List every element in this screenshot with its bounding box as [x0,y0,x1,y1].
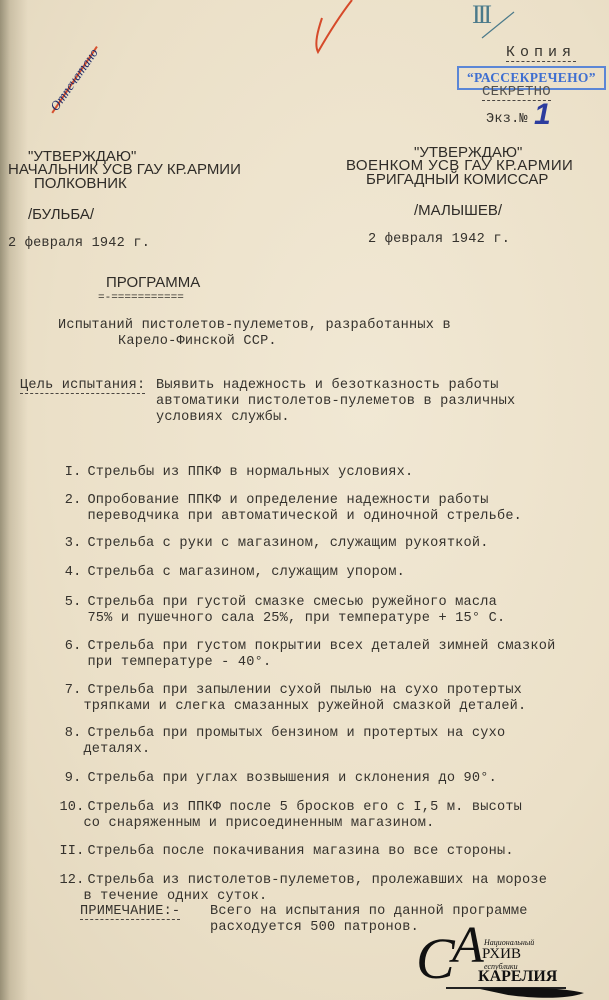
approval-right-name: /МАЛЫШЕВ/ [414,202,502,219]
approval-left-rank: ПОЛКОВНИК [34,175,127,192]
logo-initial-a: А [452,920,484,972]
copy-number-value: 1 [534,98,551,132]
subtitle-line-2: Карело-Финской ССР. [118,334,277,349]
logo-initial-c: С [416,930,455,988]
logo-line-big-1: РХИВ [482,946,521,963]
margin-signature: Отпечатано [47,45,102,114]
red-checkmark-icon [312,0,356,56]
copy-number-label: Экз.№ [486,112,528,127]
logo-line-big-2: КАРЕЛИЯ [478,968,557,986]
goal-label: Цель испытания: [20,378,145,394]
goal-line-2: автоматики пистолетов-пулеметов в различ… [156,394,515,409]
approval-left-date: 2 февраля 1942 г. [8,236,150,251]
note-line-2: расходуется 500 патронов. [210,920,419,935]
title-underline: =-=========== [98,292,184,304]
approval-left-name: /БУЛЬБА/ [28,206,94,223]
pencil-stroke-icon [480,10,516,40]
goal-line-3: условиях службы. [156,410,290,425]
approval-right-date: 2 февраля 1942 г. [368,232,510,247]
document-title: ПРОГРАММА [106,274,200,291]
subtitle-line-1: Испытаний пистолетов-пулеметов, разработ… [58,318,451,333]
copy-label: Копия [506,44,576,62]
goal-line-1: Выявить надежность и безотказность работ… [156,378,499,393]
approval-right-rank: БРИГАДНЫЙ КОМИССАР [366,171,548,188]
quill-feather-icon [478,985,588,1000]
note-label: ПРИМЕЧАНИЕ:- [80,904,180,920]
